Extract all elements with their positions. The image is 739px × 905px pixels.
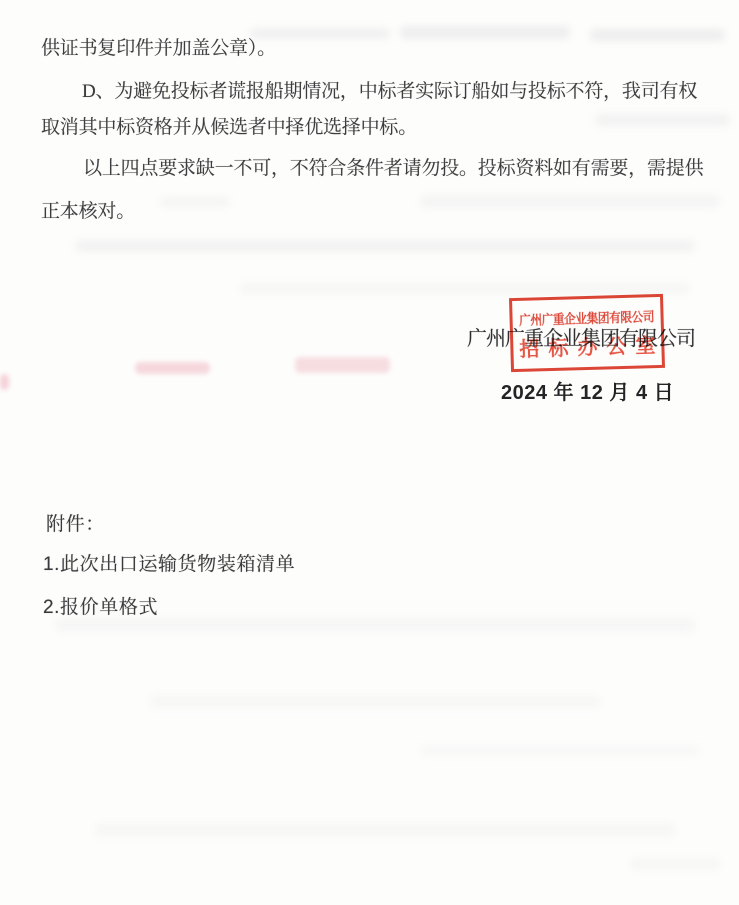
scan-artifact [240, 283, 690, 294]
attachment-item-2: 2.报价单格式 [43, 592, 158, 619]
scan-artifact [420, 195, 720, 208]
attachments-heading: 附件： [46, 509, 105, 536]
body-line-d-2: 取消其中标资格并从候选者中择优选择中标。 [41, 112, 417, 139]
ink-smudge [0, 374, 9, 390]
signature-date: 2024 年 12 月 4 日 [501, 376, 674, 405]
scan-artifact [590, 29, 725, 41]
scan-artifact [400, 26, 570, 39]
scan-artifact [595, 114, 730, 126]
body-line-summary-2: 正本核对。 [41, 196, 135, 223]
scan-artifact [420, 745, 700, 756]
company-seal-stamp: 广州广重企业集团有限公司 招标办公室 [509, 294, 665, 372]
scan-artifact [95, 823, 675, 837]
scan-artifact [55, 618, 695, 632]
scanned-document-page: 供证书复印件并加盖公章）。 D、为避免投标者谎报船期情况，中标者实际订船如与投标… [0, 0, 739, 905]
stamp-company-name: 广州广重企业集团有限公司 [519, 306, 654, 329]
body-line-summary-1: 以上四点要求缺一不可，不符合条件者请勿投。投标资料如有需要，需提供 [83, 153, 703, 180]
attachment-item-1: 1.此次出口运输货物装箱清单 [43, 549, 295, 576]
body-line-d-1: D、为避免投标者谎报船期情况，中标者实际订船如与投标不符，我司有权 [82, 76, 697, 103]
scan-artifact [75, 240, 695, 252]
scan-artifact [630, 858, 720, 870]
stamp-office-name: 招标办公室 [510, 328, 665, 361]
ink-smudge [135, 362, 210, 374]
ink-smudge [295, 357, 390, 373]
scan-artifact [160, 197, 230, 207]
body-line-continuation: 供证书复印件并加盖公章）。 [41, 33, 276, 60]
scan-artifact [150, 695, 600, 708]
